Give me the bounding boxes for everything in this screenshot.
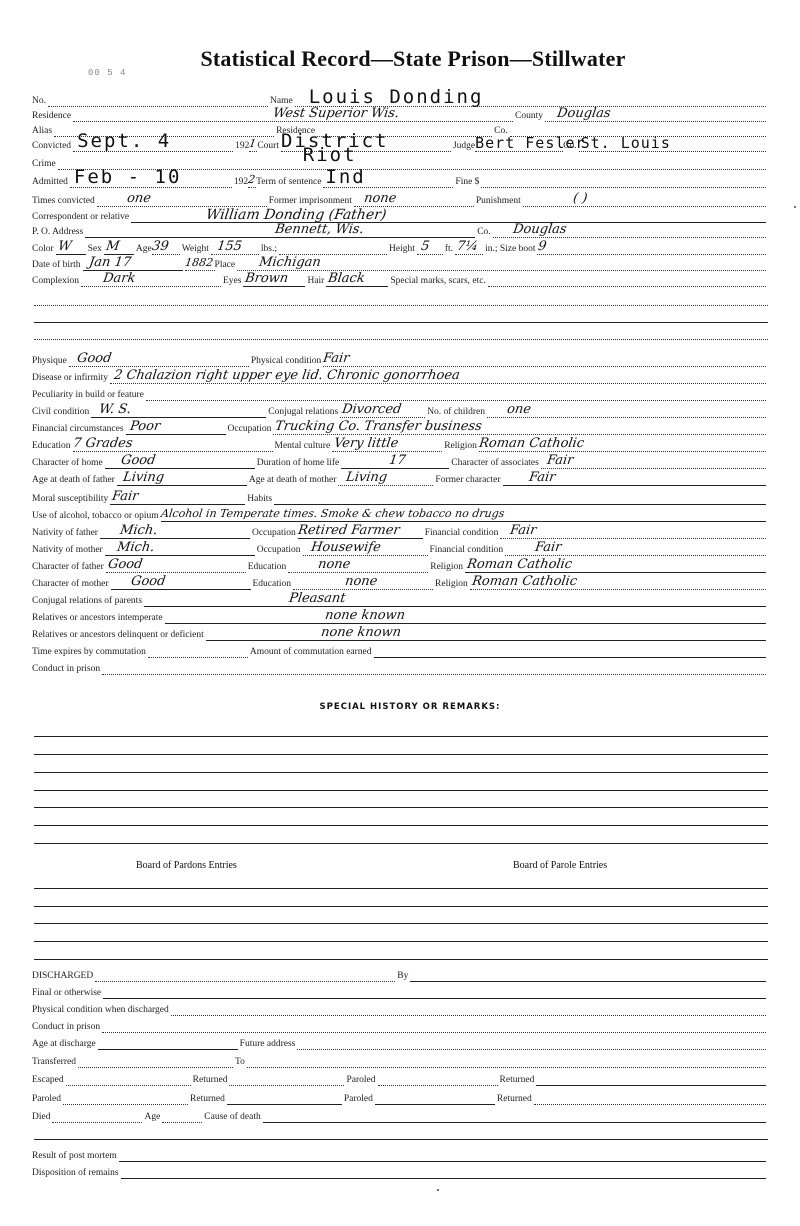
row-paroled: Paroled Returned Paroled Returned [32, 1090, 768, 1105]
returned-4-field[interactable] [534, 1089, 766, 1105]
paroled-2-field[interactable] [63, 1089, 188, 1105]
age-death-mother-label: Age at death of mother [249, 475, 337, 486]
remarks-line-5[interactable] [34, 807, 768, 808]
character-of-home-field[interactable]: Good [105, 453, 255, 469]
special-marks-line-3[interactable] [34, 322, 768, 323]
former-imprisonment-field[interactable]: none [354, 191, 474, 207]
father-religion-label: Religion [430, 562, 463, 573]
nativity-father-label: Nativity of father [32, 528, 98, 539]
row-character-mother: Character of mother Good Education none … [32, 575, 768, 590]
post-mortem-field[interactable] [119, 1146, 766, 1162]
commutation-earned-label: Amount of commutation earned [250, 647, 372, 658]
row-disease: Disease or infirmity 2 Chalazion right u… [32, 369, 768, 384]
relatives-delinquent-label: Relatives or ancestors delinquent or def… [32, 630, 204, 641]
commutation-earned-field[interactable] [374, 642, 766, 658]
returned-2-label: Returned [500, 1075, 535, 1086]
character-father-field[interactable]: Good [106, 557, 246, 573]
conduct-discharge-label: Conduct in prison [32, 1022, 100, 1033]
to-label: To [235, 1057, 245, 1068]
final-or-otherwise-label: Final or otherwise [32, 988, 101, 999]
time-expires-label: Time expires by commutation [32, 647, 146, 658]
financial-circumstances-field[interactable]: Poor [126, 419, 226, 435]
row-admitted: Admitted Feb - 10 192 2 Term of sentence… [32, 173, 768, 188]
cause-of-death-label: Cause of death [204, 1112, 260, 1123]
times-convicted-field[interactable]: one [97, 191, 267, 207]
physical-discharged-field[interactable] [171, 1000, 766, 1016]
age-discharge-field[interactable] [98, 1034, 238, 1050]
father-financial-label: Financial condition [425, 528, 499, 539]
scan-speck [794, 206, 796, 208]
conjugal-relations-field[interactable]: Divorced [340, 402, 425, 418]
escaped-label: Escaped [32, 1075, 64, 1086]
to-field[interactable] [247, 1052, 766, 1068]
escaped-field[interactable] [66, 1070, 191, 1086]
size-boot-label: in.; Size boot [485, 244, 535, 255]
father-occupation-label: Occupation [252, 528, 296, 539]
weight-extra-field[interactable] [279, 239, 387, 255]
conduct-discharge-field[interactable] [102, 1017, 766, 1033]
row-conduct: Conduct in prison [32, 660, 768, 675]
education-field[interactable]: 7 Grades [73, 436, 273, 452]
age-death-mother-field[interactable]: Living [338, 470, 433, 486]
row-convicted: Convicted Sept. 4 192 1 Court District J… [32, 137, 768, 152]
nativity-mother-label: Nativity of mother [32, 545, 103, 556]
color-label: Color [32, 244, 54, 255]
moral-susceptibility-field[interactable]: Fair [110, 489, 245, 505]
habits-label: Habits [247, 494, 272, 505]
row-physique: Physique Good Physical condition Fair [32, 352, 768, 367]
punishment-label: Punishment [476, 196, 521, 207]
row-post-mortem: Result of post mortem [32, 1147, 768, 1162]
age-death-father-field[interactable]: Living [117, 470, 247, 486]
nativity-mother-field[interactable]: Mich. [105, 540, 255, 556]
row-escaped: Escaped Returned Paroled Returned [32, 1071, 768, 1086]
sex-field[interactable]: M [104, 239, 134, 255]
disposition-label: Disposition of remains [32, 1168, 119, 1179]
discharged-label: DISCHARGED [32, 971, 93, 982]
age-field[interactable]: 39 [152, 239, 180, 255]
mother-financial-field[interactable]: Fair [505, 540, 766, 556]
future-address-field[interactable] [297, 1034, 766, 1050]
row-po-address: P. O. Address Bennett, Wis. Co. Douglas [32, 223, 768, 238]
row-education: Education 7 Grades Mental culture Very l… [32, 437, 768, 452]
returned-4-label: Returned [497, 1094, 532, 1105]
complexion-field[interactable]: Dark [81, 271, 221, 287]
education-label: Education [32, 441, 71, 452]
mother-financial-label: Financial condition [430, 545, 504, 556]
row-alcohol: Use of alcohol, tobacco or opium Alcohol… [32, 507, 768, 522]
row-peculiarity: Peculiarity in build or feature [32, 386, 768, 401]
board-line-4[interactable] [34, 941, 768, 942]
row-died: Died Age Cause of death [32, 1108, 768, 1123]
row-nativity-mother: Nativity of mother Mich. Occupation Hous… [32, 541, 768, 556]
father-education-label: Education [248, 562, 287, 573]
board-line-3[interactable] [34, 923, 768, 924]
row-relatives-delinquent: Relatives or ancestors delinquent or def… [32, 626, 768, 641]
discharged-field[interactable] [95, 966, 395, 982]
birth-year-field[interactable]: 1882 [185, 255, 215, 271]
paroled-3-field[interactable] [375, 1089, 495, 1105]
religion-label: Religion [444, 441, 477, 452]
complexion-label: Complexion [32, 276, 79, 287]
size-boot-field[interactable]: 9 [537, 239, 766, 255]
board-line-5[interactable] [34, 959, 768, 960]
special-marks-line-4[interactable] [34, 339, 768, 340]
date-of-birth-field[interactable]: Jan 17 [83, 255, 183, 271]
future-address-label: Future address [240, 1039, 296, 1050]
paroled-1-label: Paroled [346, 1075, 375, 1086]
admitted-year-field[interactable]: 2 [248, 172, 256, 188]
row-complexion: Complexion Dark Eyes Brown Hair Black Sp… [32, 272, 768, 287]
returned-3-field[interactable] [227, 1089, 342, 1105]
place-label: Place [215, 260, 236, 271]
conjugal-parents-label: Conjugal relations of parents [32, 596, 142, 607]
remarks-line-1[interactable] [34, 736, 768, 737]
returned-1-label: Returned [193, 1075, 228, 1086]
row-civil: Civil condition W. S. Conjugal relations… [32, 403, 768, 418]
term-label: Term of sentence [256, 177, 321, 188]
mother-religion-field[interactable]: Roman Catholic [470, 574, 766, 590]
transferred-field[interactable] [78, 1052, 233, 1068]
row-moral: Moral susceptibility Fair Habits [32, 490, 768, 505]
religion-field[interactable]: Roman Catholic [479, 436, 766, 452]
row-financial: Financial circumstances Poor Occupation … [32, 420, 768, 435]
po-address-field[interactable]: Bennett, Wis. [85, 222, 475, 238]
height-feet-field[interactable]: 5 [417, 239, 443, 255]
financial-circumstances-label: Financial circumstances [32, 424, 124, 435]
color-field[interactable]: W [56, 239, 86, 255]
po-co-label: Co. [477, 227, 490, 238]
row-residence: Residence West Superior Wis. County Doug… [32, 107, 768, 122]
prison-record-page: 00 5 4 Statistical Record—State Prison—S… [0, 0, 800, 1226]
transferred-label: Transferred [32, 1057, 76, 1068]
judge-field[interactable]: Bert Fesler [475, 136, 563, 152]
no-label: No. [32, 96, 46, 107]
conduct-field[interactable] [102, 659, 766, 675]
hair-field[interactable]: Black [326, 271, 388, 287]
habits-field[interactable] [274, 489, 766, 505]
disposition-field[interactable] [121, 1163, 766, 1179]
physique-field[interactable]: Good [69, 351, 249, 367]
po-address-label: P. O. Address [32, 227, 83, 238]
physique-label: Physique [32, 356, 67, 367]
returned-1-field[interactable] [229, 1070, 344, 1086]
fine-label: Fine $ [455, 177, 479, 188]
row-correspondent: Correspondent or relative William Dondin… [32, 208, 768, 223]
eyes-label: Eyes [223, 276, 241, 287]
occupation-field[interactable]: Trucking Co. Transfer business [273, 419, 766, 435]
character-father-label: Character of father [32, 562, 104, 573]
father-education-field[interactable]: none [288, 557, 428, 573]
alias-label: Alias [32, 126, 52, 137]
row-no-name: No. Name Louis Donding [32, 92, 768, 107]
remarks-line-2[interactable] [34, 754, 768, 755]
time-expires-field[interactable] [148, 642, 248, 658]
conjugal-parents-field[interactable]: Pleasant [144, 591, 766, 607]
paroled-3-label: Paroled [344, 1094, 373, 1105]
document-title: Statistical Record—State Prison—Stillwat… [0, 46, 800, 72]
row-parents-death: Age at death of father Living Age at dea… [32, 471, 768, 486]
civil-condition-field[interactable]: W. S. [91, 402, 266, 418]
nativity-father-field[interactable]: Mich. [100, 523, 250, 539]
died-label: Died [32, 1112, 50, 1123]
special-marks-field[interactable] [488, 271, 766, 287]
height-ft-label: ft. [445, 244, 453, 255]
row-relatives-intemperate: Relatives or ancestors intemperate none … [32, 609, 768, 624]
returned-2-field[interactable] [536, 1070, 766, 1086]
former-character-field[interactable]: Fair [503, 470, 766, 486]
weight-label: Weight [182, 244, 209, 255]
row-commutation: Time expires by commutation Amount of co… [32, 643, 768, 658]
convicted-label: Convicted [32, 141, 71, 152]
post-mortem-label: Result of post mortem [32, 1151, 117, 1162]
judge-co-field[interactable]: St. Louis [579, 136, 766, 152]
mother-occupation-label: Occupation [257, 545, 301, 556]
no-field[interactable] [48, 91, 268, 107]
paroled-2-label: Paroled [32, 1094, 61, 1105]
age-discharge-label: Age at discharge [32, 1039, 96, 1050]
disease-field[interactable]: 2 Chalazion right upper eye lid. Chronic… [110, 368, 766, 384]
character-of-home-label: Character of home [32, 458, 103, 469]
conjugal-relations-label: Conjugal relations [268, 407, 338, 418]
mother-education-label: Education [253, 579, 292, 590]
conduct-label: Conduct in prison [32, 664, 100, 675]
admitted-label: Admitted [32, 177, 68, 188]
age-death-father-label: Age at death of father [32, 475, 115, 486]
row-disposition: Disposition of remains [32, 1164, 768, 1179]
weight-unit-label: lbs.; [261, 244, 277, 255]
term-field[interactable]: Ind [323, 172, 453, 188]
cause-of-death-field[interactable] [263, 1107, 766, 1123]
age-label: Age [136, 244, 152, 255]
character-mother-field[interactable]: Good [111, 574, 251, 590]
father-financial-field[interactable]: Fair [500, 523, 766, 539]
father-religion-field[interactable]: Roman Catholic [465, 557, 766, 573]
row-age-discharge: Age at discharge Future address [32, 1035, 768, 1050]
residence-field[interactable]: West Superior Wis. [73, 106, 513, 122]
row-physical-discharged: Physical condition when discharged [32, 1001, 768, 1016]
row-nativity-father: Nativity of father Mich. Occupation Reti… [32, 524, 768, 539]
date-of-birth-label: Date of birth [32, 260, 81, 271]
convicted-field[interactable]: Sept. 4 [73, 136, 233, 152]
judge-label: Judge [453, 141, 475, 152]
court-label: Court [257, 141, 279, 152]
eyes-field[interactable]: Brown [243, 271, 305, 287]
disease-label: Disease or infirmity [32, 373, 108, 384]
row-conjugal-parents: Conjugal relations of parents Pleasant [32, 592, 768, 607]
name-field[interactable]: Louis Donding [295, 91, 766, 107]
character-mother-label: Character of mother [32, 579, 109, 590]
no-of-children-label: No. of children [427, 407, 485, 418]
peculiarity-field[interactable] [146, 385, 766, 401]
by-field[interactable] [410, 966, 766, 982]
mental-culture-field[interactable]: Very little [332, 436, 442, 452]
row-home: Character of home Good Duration of home … [32, 454, 768, 469]
duration-home-life-label: Duration of home life [257, 458, 340, 469]
po-co-field[interactable]: Douglas [493, 222, 766, 238]
alcohol-field[interactable]: Alcohol in Temperate times. Smoke & chew… [161, 506, 766, 522]
correspondent-field[interactable]: William Donding (Father) [131, 207, 766, 223]
row-physical-stats: Color W Sex M Age 39 Weight 155 lbs.; He… [32, 240, 768, 255]
physical-condition-field[interactable]: Fair [323, 351, 766, 367]
row-times-convicted: Times convicted one Former imprisonment … [32, 192, 768, 207]
physical-condition-label: Physical condition [251, 356, 321, 367]
occupation-label: Occupation [228, 424, 272, 435]
row-birth: Date of birth Jan 17 1882 Place Michigan [32, 256, 768, 271]
died-field[interactable] [52, 1107, 142, 1123]
hair-label: Hair [307, 276, 324, 287]
final-or-otherwise-field[interactable] [103, 983, 766, 999]
remarks-line-6[interactable] [34, 825, 768, 826]
alcohol-label: Use of alcohol, tobacco or opium [32, 511, 159, 522]
peculiarity-label: Peculiarity in build or feature [32, 390, 144, 401]
admitted-field[interactable]: Feb - 10 [70, 172, 232, 188]
character-of-associates-field[interactable]: Fair [541, 453, 766, 469]
height-inches-field[interactable]: 7¼ [455, 239, 483, 255]
moral-susceptibility-label: Moral susceptibility [32, 494, 108, 505]
punishment-field[interactable]: ( ) [523, 191, 766, 207]
mental-culture-label: Mental culture [275, 441, 331, 452]
board-of-parole-label: Board of Parole Entries [513, 860, 607, 871]
remarks-heading: SPECIAL HISTORY OR REMARKS: [0, 702, 800, 712]
remarks-line-7[interactable] [34, 843, 768, 844]
died-age-field[interactable] [162, 1107, 202, 1123]
board-line-2[interactable] [34, 906, 768, 907]
row-transferred: Transferred To [32, 1053, 768, 1068]
civil-condition-label: Civil condition [32, 407, 89, 418]
remarks-line-4[interactable] [34, 790, 768, 791]
relatives-intemperate-label: Relatives or ancestors intemperate [32, 613, 163, 624]
relatives-intemperate-field[interactable]: none known [165, 608, 766, 624]
relatives-delinquent-field[interactable]: none known [206, 625, 766, 641]
paroled-1-field[interactable] [378, 1070, 498, 1086]
convicted-year-field[interactable]: 1 [249, 136, 257, 152]
returned-3-label: Returned [190, 1094, 225, 1105]
former-character-label: Former character [435, 475, 500, 486]
by-label: By [397, 971, 408, 982]
mother-religion-label: Religion [435, 579, 468, 590]
character-of-associates-label: Character of associates [451, 458, 539, 469]
sex-label: Sex [88, 244, 102, 255]
former-imprisonment-label: Former imprisonment [269, 196, 352, 207]
place-field[interactable]: Michigan [237, 255, 766, 271]
mother-education-field[interactable]: none [293, 574, 433, 590]
physical-discharged-label: Physical condition when discharged [32, 1005, 169, 1016]
row-final: Final or otherwise [32, 984, 768, 999]
special-marks-line-2[interactable] [34, 305, 768, 306]
special-marks-label: Special marks, scars, etc. [390, 276, 486, 287]
duration-home-life-field[interactable]: 17 [341, 453, 449, 469]
board-of-pardons-label: Board of Pardons Entries [136, 860, 237, 871]
died-age-label: Age [144, 1112, 160, 1123]
cause-of-death-line-2[interactable] [34, 1139, 768, 1140]
board-line-1[interactable] [34, 888, 768, 889]
remarks-line-3[interactable] [34, 772, 768, 773]
weight-field[interactable]: 155 [211, 239, 259, 255]
height-label: Height [389, 244, 415, 255]
mother-occupation-field[interactable]: Housewife [303, 540, 428, 556]
scan-speck [437, 1189, 439, 1191]
row-character-father: Character of father Good Education none … [32, 558, 768, 573]
fine-field[interactable] [481, 172, 766, 188]
times-convicted-label: Times convicted [32, 196, 95, 207]
county-field[interactable]: Douglas [545, 106, 766, 122]
row-discharged: DISCHARGED By [32, 967, 768, 982]
crime-label: Crime [32, 159, 56, 170]
no-of-children-field[interactable]: one [487, 402, 766, 418]
father-occupation-field[interactable]: Retired Farmer [298, 523, 423, 539]
row-conduct-discharge: Conduct in prison [32, 1018, 768, 1033]
